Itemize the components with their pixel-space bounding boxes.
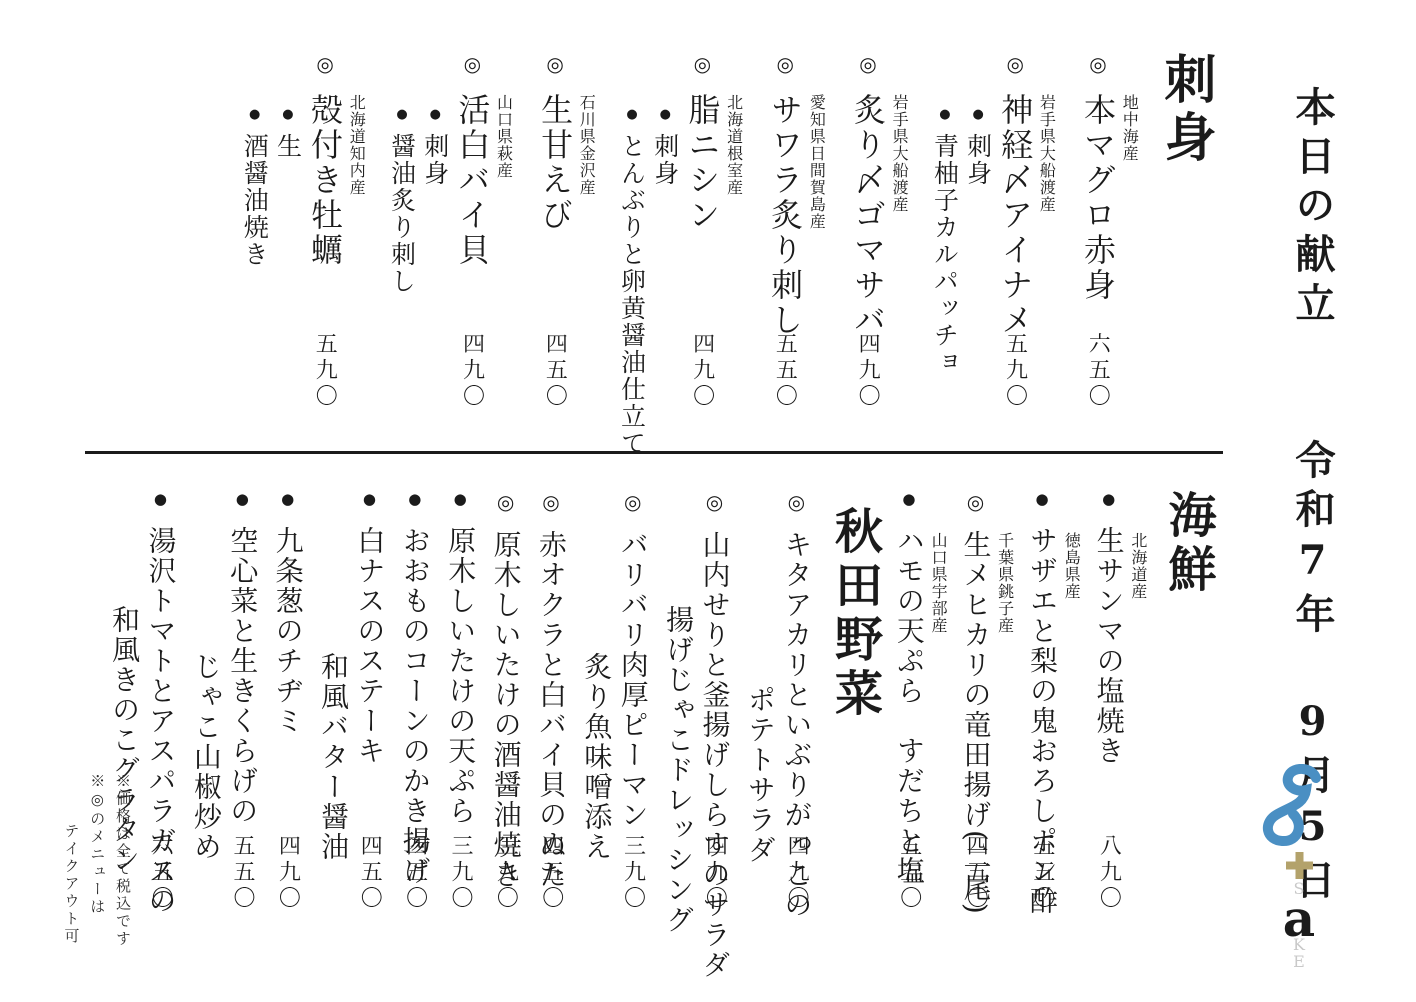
item-name: 九条葱のチヂミ [272, 526, 305, 736]
menu-item: 北海道知内産 ◎殻付き牡蠣 五九〇 ●生 ●酒醤油焼き [239, 52, 366, 410]
item-price: 五五〇 [231, 834, 253, 912]
item-name-column: ●サザエと梨の鬼おろしポン酢 五五〇 [1024, 490, 1060, 912]
bullet-icon: ● [428, 107, 443, 124]
item-subitem: ●醤油炙り刺し [386, 52, 417, 410]
item-name-column: ●ハモの天ぷら すだちと塩 五五〇 [891, 490, 927, 912]
item-name: サワラ炙り刺し [766, 93, 804, 338]
item-price: 四九〇 [276, 834, 298, 912]
subitem-label: 刺身 [964, 133, 993, 187]
takeout-marker-icon: ◎ [543, 52, 567, 79]
subitem-label: 刺身 [651, 133, 680, 187]
item-name-column: ◎本マグロ赤身 六五〇 [1076, 52, 1118, 410]
item-price: 三九〇 [494, 834, 516, 912]
takeout-marker-icon: ◎ [313, 52, 337, 79]
takeout-marker-icon: ◎ [494, 490, 518, 516]
section-divider [85, 451, 1223, 454]
item-subitem: ●刺身 [419, 52, 450, 410]
item-name-column: ●湯沢トマトとアスパラガスの 六五〇 [142, 490, 178, 912]
item-name-column: ●原木しいたけの天ぷら 三九〇 [442, 490, 478, 912]
item-price: 五九〇 [1003, 332, 1025, 410]
bullet-marker-icon: ● [451, 490, 469, 510]
menu-item: ◎キタアカリといぶりがっこの 四九〇 ポテトサラダ [742, 490, 815, 912]
item-subitem: ●青柚子カルパッチョ [929, 52, 960, 410]
restaurant-logo: S a K E [1256, 764, 1342, 970]
item-name: 脂ニシン [683, 93, 721, 233]
bullet-marker-icon: ● [360, 490, 378, 510]
item-price: 三九〇 [622, 834, 644, 912]
item-price: 四五〇 [540, 834, 562, 912]
menu-page: { "title": { "heading": "本日の献立", "date":… [0, 0, 1416, 1002]
item-origin: 山口県宇部産 [929, 490, 948, 912]
menu-item: 千葉県銚子産 ◎生メヒカリの竜田揚げ(二尾) 四五〇 [957, 490, 1015, 912]
item-name: 白ナスのステーキ [353, 526, 386, 766]
section-title: 刺身 [1155, 52, 1215, 410]
item-origin: 石川県金沢産 [577, 52, 596, 410]
menu-item: ◎赤オクラと白バイ貝のぬた 四五〇 [533, 490, 569, 912]
menu-item: ●原木しいたけの天ぷら 三九〇 [442, 490, 478, 912]
item-name-column: ◎殻付き牡蠣 五九〇 [303, 52, 345, 410]
item-price: 四九〇 [856, 332, 878, 410]
item-name: 炙り〆ゴマサバ [849, 93, 887, 338]
bullet-marker-icon: ● [1100, 490, 1118, 510]
takeout-marker-icon: ◎ [621, 490, 645, 516]
section-title: 海鮮 [1160, 490, 1215, 912]
menu-item: 山口県萩産 ◎活白バイ貝 四九〇 ●刺身 ●醤油炙り刺し [386, 52, 513, 410]
item-origin: 徳島県産 [1062, 490, 1081, 912]
subitem-label: 刺身 [421, 133, 450, 187]
item-name-line2: 和風バター醤油 [315, 490, 351, 912]
item-name-line2: 炙り魚味噌添え [578, 490, 614, 912]
item-price: 六五〇 [1086, 332, 1108, 410]
item-origin: 愛知県日間賀島産 [807, 52, 826, 410]
item-name-column: ◎生メヒカリの竜田揚げ(二尾) 四五〇 [957, 490, 993, 912]
plus-icon [1286, 852, 1313, 879]
bullet-icon: ● [394, 107, 409, 124]
item-name: 生サンマの塩焼き [1093, 526, 1126, 766]
bullet-marker-icon: ● [900, 490, 918, 510]
bullet-marker-icon: ● [1033, 490, 1051, 510]
item-origin: 北海道根室産 [724, 52, 743, 410]
item-price: 四九〇 [461, 332, 483, 410]
item-name-column: ◎赤オクラと白バイ貝のぬた 四五〇 [533, 490, 569, 912]
menu-item: 山口県宇部産 ●ハモの天ぷら すだちと塩 五五〇 [891, 490, 949, 912]
menu-item: 北海道根室産 ◎脂ニシン 四九〇 ●刺身 ●とんぶりと卵黄醤油仕立て [616, 52, 743, 410]
bullet-icon: ● [280, 107, 295, 124]
item-name-column: ◎バリバリ肉厚ピーマン 三九〇 [614, 490, 650, 912]
footnote-takeout: ※◎のメニューは [86, 773, 108, 973]
bullet-icon: ● [625, 107, 640, 124]
bullet-marker-icon: ● [151, 490, 169, 510]
takeout-marker-icon: ◎ [1086, 52, 1110, 79]
item-origin: 北海道産 [1129, 490, 1148, 912]
takeout-marker-icon: ◎ [773, 52, 797, 79]
item-name: おおものコーンのかき揚げ [399, 526, 432, 886]
bullet-marker-icon: ● [279, 490, 297, 510]
item-subitem: ●酒醤油焼き [239, 52, 270, 410]
page-title: 本日の献立 令和7年 9月5日 [1288, 86, 1336, 726]
subitem-label: とんぶりと卵黄醤油仕立て [618, 133, 647, 457]
item-name: 原木しいたけの天ぷら [444, 526, 477, 826]
subitem-label: 生 [273, 133, 302, 160]
item-name-column: ◎脂ニシン 四九〇 [681, 52, 723, 410]
logo-wordmark: S a K E [1256, 881, 1342, 970]
menu-item: 北海道産 ●生サンマの塩焼き 八九〇 [1090, 490, 1148, 912]
item-name-column: ●九条葱のチヂミ 四九〇 [269, 490, 305, 912]
bullet-marker-icon: ● [406, 490, 424, 510]
item-price: 四五〇 [543, 332, 565, 410]
item-price: 四九〇 [785, 834, 807, 912]
item-subitem: ●刺身 [962, 52, 993, 410]
item-name-column: ●生サンマの塩焼き 八九〇 [1090, 490, 1126, 912]
subitem-label: 醤油炙り刺し [387, 133, 416, 295]
menu-item: 愛知県日間賀島産 ◎サワラ炙り刺し 五五〇 [764, 52, 827, 410]
bullet-icon: ● [658, 107, 673, 124]
item-price: 四九〇 [691, 332, 713, 410]
takeout-marker-icon: ◎ [703, 490, 727, 516]
item-name-column: ◎サワラ炙り刺し 五五〇 [764, 52, 806, 410]
item-price: 四五〇 [358, 834, 380, 912]
item-price: 四五〇 [404, 834, 426, 912]
subitem-label: 酒醤油焼き [240, 133, 269, 268]
bullet-icon: ● [937, 107, 952, 124]
item-origin: 岩手県大船渡産 [1037, 52, 1056, 410]
menu-item: 地中海産 ◎本マグロ赤身 六五〇 [1076, 52, 1139, 410]
menu-heading: 本日の献立 [1289, 86, 1336, 331]
item-origin: 千葉県銚子産 [995, 490, 1014, 912]
menu-item: ●九条葱のチヂミ 四九〇 [269, 490, 305, 912]
item-subitem: ●とんぶりと卵黄醤油仕立て [616, 52, 647, 410]
section-title: 秋田野菜 [826, 490, 881, 912]
item-name: 生甘えび [536, 93, 574, 233]
item-origin: 北海道知内産 [347, 52, 366, 410]
takeout-marker-icon: ◎ [690, 52, 714, 79]
item-name-column: ●白ナスのステーキ 四五〇 [351, 490, 387, 912]
item-price: 四五〇 [964, 834, 986, 912]
section-seafood: 海鮮 北海道産 ●生サンマの塩焼き 八九〇 徳島県産 ●サザエと梨の鬼おろしポン… [891, 490, 1216, 912]
item-name-column: ◎炙り〆ゴマサバ 四九〇 [846, 52, 888, 410]
menu-item: 岩手県大船渡産 ◎炙り〆ゴマサバ 四九〇 [846, 52, 909, 410]
menu-item: ◎山内せりと釜揚げしらすのサラダ 四九〇 揚げじゃこドレッシング [660, 490, 733, 912]
section-sashimi: 刺身 地中海産 ◎本マグロ赤身 六五〇 岩手県大船渡産 ◎神経〆アイナメ 五九〇… [219, 52, 1215, 410]
subitem-label: 青柚子カルパッチョ [930, 133, 959, 376]
item-name: 空心菜と生きくらげの [226, 526, 259, 826]
item-name-line2: ポテトサラダ [742, 490, 778, 912]
section-bottom: 海鮮 北海道産 ●生サンマの塩焼き 八九〇 徳島県産 ●サザエと梨の鬼おろしポン… [97, 490, 1215, 912]
menu-item: ◎原木しいたけの酒醤油焼き 三九〇 [487, 490, 523, 912]
footnote-tax: ※価格は全て税込です [111, 773, 133, 973]
item-name-column: ◎神経〆アイナメ 五九〇 [994, 52, 1036, 410]
item-name-column: ◎キタアカリといぶりがっこの 四九〇 [778, 490, 814, 912]
takeout-marker-icon: ◎ [460, 52, 484, 79]
item-name: ハモの天ぷら すだちと塩 [893, 526, 926, 886]
item-origin: 地中海産 [1120, 52, 1139, 410]
item-price: 五九〇 [313, 332, 335, 410]
item-subitem: ●生 [272, 52, 303, 410]
footnote-takeout-continued: テイクアウト可 [60, 773, 82, 973]
footnotes: ※価格は全て税込です ※◎のメニューは テイクアウト可 [56, 773, 133, 973]
menu-item: ●おおものコーンのかき揚げ 四五〇 [396, 490, 432, 912]
item-name: 山内せりと釜揚げしらすのサラダ [699, 530, 732, 980]
logo-letter-e: E [1256, 954, 1342, 971]
item-price: 三九〇 [449, 834, 471, 912]
item-name-column: ●おおものコーンのかき揚げ 四五〇 [396, 490, 432, 912]
takeout-marker-icon: ◎ [856, 52, 880, 79]
item-price: 五五〇 [1031, 834, 1053, 912]
section-akita-vegetables: 秋田野菜 ◎キタアカリといぶりがっこの 四九〇 ポテトサラダ ◎山内せりと釜揚げ… [106, 490, 882, 912]
menu-item: 岩手県大船渡産 ◎神経〆アイナメ 五九〇 ●刺身 ●青柚子カルパッチョ [929, 52, 1056, 410]
item-origin: 山口県萩産 [494, 52, 513, 410]
item-name-line2: 揚げじゃこドレッシング [660, 490, 696, 912]
item-name: 活白バイ貝 [453, 93, 491, 268]
item-subitem: ●刺身 [650, 52, 681, 410]
takeout-marker-icon: ◎ [963, 490, 987, 516]
logo-mark-icon [1260, 764, 1338, 850]
item-origin: 岩手県大船渡産 [890, 52, 909, 410]
item-name: 殻付き牡蠣 [306, 93, 344, 268]
item-name-column: ●空心菜と生きくらげの 五五〇 [224, 490, 260, 912]
item-name-column: ◎山内せりと釜揚げしらすのサラダ 四九〇 [696, 490, 732, 912]
menu-item: 石川県金沢産 ◎生甘えび 四五〇 [534, 52, 597, 410]
item-price: 五五〇 [773, 332, 795, 410]
bullet-icon: ● [247, 107, 262, 124]
bullet-marker-icon: ● [233, 490, 251, 510]
menu-item: 徳島県産 ●サザエと梨の鬼おろしポン酢 五五〇 [1024, 490, 1082, 912]
takeout-marker-icon: ◎ [539, 490, 563, 516]
takeout-marker-icon: ◎ [1003, 52, 1027, 79]
bullet-icon: ● [971, 107, 986, 124]
item-name-column: ◎生甘えび 四五〇 [534, 52, 576, 410]
item-name: 神経〆アイナメ [996, 93, 1034, 338]
item-name-column: ◎活白バイ貝 四九〇 [451, 52, 493, 410]
item-price: 五五〇 [898, 834, 920, 912]
item-price: 八九〇 [1097, 834, 1119, 912]
item-name: バリバリ肉厚ピーマン [617, 530, 650, 830]
item-price: 四九〇 [703, 834, 725, 912]
item-price: 六五〇 [149, 834, 171, 912]
menu-item: ●白ナスのステーキ 四五〇 和風バター醤油 [315, 490, 388, 912]
item-name-line2: じゃこ山椒炒め [187, 490, 223, 912]
takeout-marker-icon: ◎ [784, 490, 808, 516]
menu-item: ◎バリバリ肉厚ピーマン 三九〇 炙り魚味噌添え [578, 490, 651, 912]
item-name: 本マグロ赤身 [1079, 93, 1117, 303]
menu-item: ●空心菜と生きくらげの 五五〇 じゃこ山椒炒め [187, 490, 260, 912]
item-name-column: ◎原木しいたけの酒醤油焼き 三九〇 [487, 490, 523, 912]
